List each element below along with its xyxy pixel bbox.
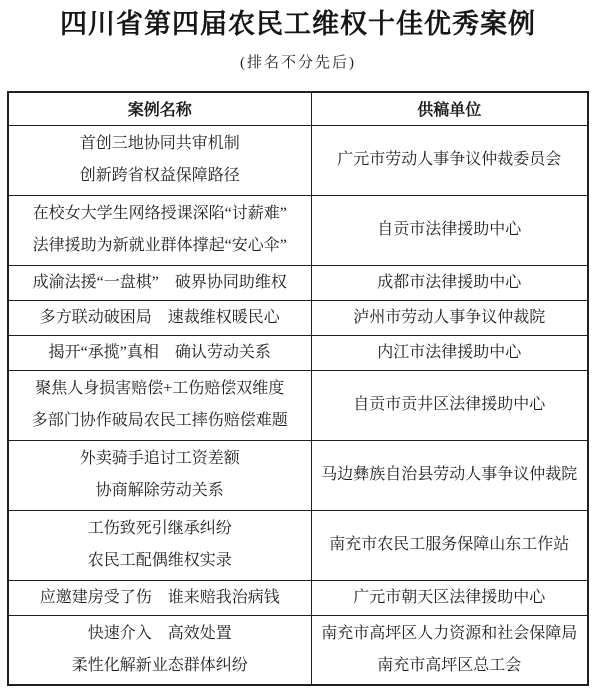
cell-line: 协商解除劳动关系 — [9, 475, 311, 507]
table-header-row: 案例名称 供稿单位 — [8, 92, 588, 125]
cell-line: 工伤致死引继承纠纷 — [9, 513, 311, 545]
cell-line: 广元市劳动人事争议仲裁委员会 — [312, 144, 588, 176]
cell-line: 首创三地协同共审机制 — [9, 128, 311, 160]
unit-cell: 成都市法律援助中心 — [311, 265, 588, 300]
cell-line: 应邀建房受了伤 谁来赔我治病钱 — [9, 582, 311, 614]
table-row: 聚焦人身损害赔偿+工伤赔偿双维度多部门协作破局农民工摔伤赔偿难题自贡市贡井区法律… — [8, 370, 588, 440]
case-name-cell: 成渝法援“一盘棋” 破界协同助维权 — [8, 265, 311, 300]
table-row: 工伤致死引继承纠纷农民工配偶维权实录南充市农民工服务保障山东工作站 — [8, 510, 588, 580]
case-name-cell: 快速介入 高效处置柔性化解新业态群体纠纷 — [8, 615, 311, 685]
page-title: 四川省第四届农民工维权十佳优秀案例 — [0, 7, 596, 41]
unit-cell: 广元市劳动人事争议仲裁委员会 — [311, 125, 588, 195]
cell-line: 泸州市劳动人事争议仲裁院 — [312, 302, 588, 334]
cases-table: 案例名称 供稿单位 首创三地协同共审机制创新跨省权益保障路径广元市劳动人事争议仲… — [7, 91, 589, 686]
cell-line: 马边彝族自治县劳动人事争议仲裁院 — [312, 459, 588, 491]
table-row: 成渝法援“一盘棋” 破界协同助维权成都市法律援助中心 — [8, 265, 588, 300]
unit-cell: 广元市朝天区法律援助中心 — [311, 580, 588, 615]
unit-cell: 南充市农民工服务保障山东工作站 — [311, 510, 588, 580]
table-row: 快速介入 高效处置柔性化解新业态群体纠纷南充市高坪区人力资源和社会保障局南充市高… — [8, 615, 588, 685]
cell-line: 柔性化解新业态群体纠纷 — [9, 650, 311, 682]
cell-line: 自贡市法律援助中心 — [312, 214, 588, 246]
table-body: 首创三地协同共审机制创新跨省权益保障路径广元市劳动人事争议仲裁委员会在校女大学生… — [8, 125, 588, 685]
cell-line: 自贡市贡井区法律援助中心 — [312, 389, 588, 421]
unit-cell: 自贡市法律援助中心 — [311, 195, 588, 265]
cell-line: 创新跨省权益保障路径 — [9, 160, 311, 192]
case-name-cell: 应邀建房受了伤 谁来赔我治病钱 — [8, 580, 311, 615]
cell-line: 快速介入 高效处置 — [9, 618, 311, 650]
column-header-case-name: 案例名称 — [8, 92, 311, 125]
cell-line: 揭开“承揽”真相 确认劳动关系 — [9, 337, 311, 369]
cell-line: 法律援助为新就业群体撑起“安心伞” — [9, 230, 311, 262]
table-row: 多方联动破困局 速裁维权暖民心泸州市劳动人事争议仲裁院 — [8, 300, 588, 335]
table-row: 揭开“承揽”真相 确认劳动关系内江市法律援助中心 — [8, 335, 588, 370]
cell-line: 南充市农民工服务保障山东工作站 — [312, 529, 588, 561]
cell-line: 农民工配偶维权实录 — [9, 545, 311, 577]
case-name-cell: 多方联动破困局 速裁维权暖民心 — [8, 300, 311, 335]
case-name-cell: 在校女大学生网络授课深陷“讨薪难”法律援助为新就业群体撑起“安心伞” — [8, 195, 311, 265]
cell-line: 广元市朝天区法律援助中心 — [312, 582, 588, 614]
unit-cell: 自贡市贡井区法律援助中心 — [311, 370, 588, 440]
unit-cell: 马边彝族自治县劳动人事争议仲裁院 — [311, 440, 588, 510]
cell-line: 聚焦人身损害赔偿+工伤赔偿双维度 — [9, 373, 311, 405]
case-name-cell: 外卖骑手追讨工资差额协商解除劳动关系 — [8, 440, 311, 510]
table-row: 在校女大学生网络授课深陷“讨薪难”法律援助为新就业群体撑起“安心伞”自贡市法律援… — [8, 195, 588, 265]
case-name-cell: 聚焦人身损害赔偿+工伤赔偿双维度多部门协作破局农民工摔伤赔偿难题 — [8, 370, 311, 440]
cell-line: 南充市高坪区人力资源和社会保障局 — [312, 618, 588, 650]
case-name-cell: 工伤致死引继承纠纷农民工配偶维权实录 — [8, 510, 311, 580]
cell-line: 多方联动破困局 速裁维权暖民心 — [9, 302, 311, 334]
cell-line: 多部门协作破局农民工摔伤赔偿难题 — [9, 405, 311, 437]
unit-cell: 泸州市劳动人事争议仲裁院 — [311, 300, 588, 335]
document-page: 四川省第四届农民工维权十佳优秀案例 (排名不分先后) 案例名称 供稿单位 首创三… — [0, 0, 596, 686]
page-subtitle: (排名不分先后) — [0, 54, 596, 72]
cell-line: 成渝法援“一盘棋” 破界协同助维权 — [9, 267, 311, 299]
unit-cell: 南充市高坪区人力资源和社会保障局南充市高坪区总工会 — [311, 615, 588, 685]
cell-line: 在校女大学生网络授课深陷“讨薪难” — [9, 198, 311, 230]
cell-line: 成都市法律援助中心 — [312, 267, 588, 299]
unit-cell: 内江市法律援助中心 — [311, 335, 588, 370]
table-row: 应邀建房受了伤 谁来赔我治病钱广元市朝天区法律援助中心 — [8, 580, 588, 615]
table-row: 外卖骑手追讨工资差额协商解除劳动关系马边彝族自治县劳动人事争议仲裁院 — [8, 440, 588, 510]
cell-line: 内江市法律援助中心 — [312, 337, 588, 369]
cell-line: 外卖骑手追讨工资差额 — [9, 443, 311, 475]
table-row: 首创三地协同共审机制创新跨省权益保障路径广元市劳动人事争议仲裁委员会 — [8, 125, 588, 195]
column-header-unit: 供稿单位 — [311, 92, 588, 125]
cell-line: 南充市高坪区总工会 — [312, 650, 588, 682]
case-name-cell: 揭开“承揽”真相 确认劳动关系 — [8, 335, 311, 370]
case-name-cell: 首创三地协同共审机制创新跨省权益保障路径 — [8, 125, 311, 195]
